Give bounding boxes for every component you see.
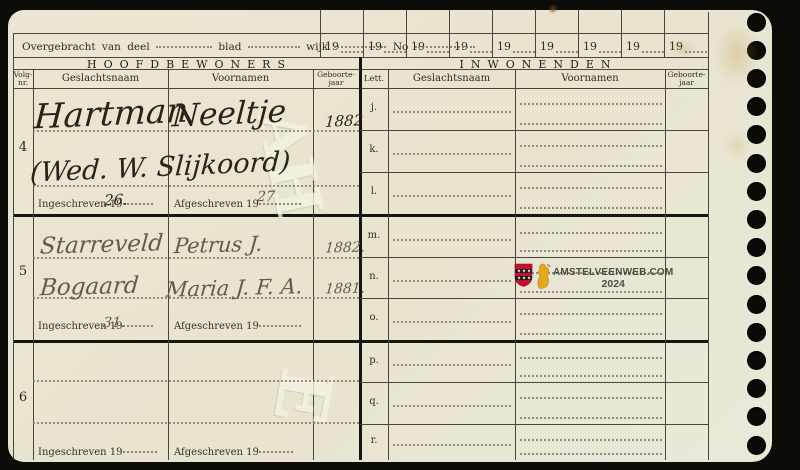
inwonenden-firstnames-line-1 [520,103,662,105]
top-strip-divider [363,10,364,33]
punch-hole [747,351,766,370]
register-card: 191919191919191919 j.k.l.m.n.o.p.q.r. Ov… [8,10,772,462]
year-cell: 19 [664,33,707,57]
inwonenden-surname-line [393,280,511,282]
top-strip-divider [320,10,321,33]
inwonenden-surname-line [393,153,511,155]
inwonenden-letter-label: k. [360,144,388,155]
rule-lett-divider [388,69,389,460]
watermark-text: AMSTELVEENWEB.COM 2024 [553,267,673,290]
ingeschreven-blank-row5 [123,325,153,327]
watermark-year-text: 2024 [602,278,625,290]
punch-hole [747,154,766,173]
inwonenden-firstnames-line-1 [520,357,662,359]
ingeschreven-row4: Ingeschreven 19 [38,199,153,210]
transfer-wijk-label: wijk [306,41,328,53]
year-cell-blank [513,51,535,53]
year-cell-label: 19 [540,40,554,53]
punch-hole [747,379,766,398]
punch-hole [747,436,766,455]
year-cell: 19 [578,33,621,57]
handwritten-firstnames-row4: Neeltje [171,93,287,134]
col-header-lett: Lett. [360,74,388,84]
year-cell-label: 19 [669,40,683,53]
inwonenden-surname-line [393,239,511,241]
inwonenden-surname-line [393,195,511,197]
punch-hole [747,266,766,285]
handwritten-firstnames-row5a: Petrus J. [173,232,263,258]
handwritten-ingeschreven-year-row4: 26. [103,190,128,209]
punch-hole [747,238,766,257]
inwonenden-row-separator [360,424,708,425]
afgeschreven-row5: Afgeschreven 19 [174,321,301,332]
top-strip-divider [621,10,622,33]
top-strip-divider [535,10,536,33]
handwritten-birthyear-row5b: 1881. [324,280,365,297]
top-strip-divider [664,10,665,33]
inwonenden-firstnames-line-1 [520,187,662,189]
inwonenden-firstnames-line-2 [520,207,662,209]
col-header-geboorte-line2-right: jaar [679,78,694,87]
punch-hole [747,69,766,88]
inwonenden-row-separator [360,382,708,383]
row6-writing-line-1 [33,380,359,382]
inwonenden-surname-line [393,364,511,366]
row6-writing-line-2 [33,422,359,424]
handwritten-birthyear-row4: 1882 [324,111,363,131]
transfer-wijk-blank [334,46,386,48]
year-cell: 19 [492,33,535,57]
inwonenden-row-separator [360,130,708,131]
ingeschreven-row6: Ingeschreven 19 [38,447,157,458]
lion-rampant-icon [535,263,551,289]
transfer-row: Overgebracht van deel blad wijk No [22,41,475,53]
col-header-volgnr: Volg- nr. [13,71,33,87]
punch-hole [747,407,766,426]
inwonenden-letter-label: p. [360,355,388,366]
inwonenden-firstnames-line-1 [520,439,662,441]
inwonenden-firstnames-line-1 [520,397,662,399]
handwritten-surname-row4: Hartman [33,91,190,138]
transfer-no-blank [415,46,475,48]
punch-hole [747,210,766,229]
inwonenden-letter-label: j. [360,102,388,113]
transfer-blad-label: blad [218,41,241,53]
col-header-geboorte-line2-left: jaar [329,78,344,87]
ingeschreven-row5: Ingeschreven 19 [38,321,153,332]
inwonenden-firstnames-line-2 [520,333,662,335]
ingeschreven-label-row6: Ingeschreven 19 [38,447,123,458]
afgeschreven-label-row5: Afgeschreven 19 [174,321,259,332]
year-cell-blank [642,51,664,53]
inwonenden-row-separator [360,257,708,258]
inwonenden-row-separator [360,298,708,299]
inwonenden-letter-label: l. [360,186,388,197]
handwritten-birthyear-row5a: 1882. [324,239,365,256]
year-cell-blank [556,51,578,53]
punch-hole [747,41,766,60]
handwritten-afgeschreven-year-row4: 27 [256,189,275,206]
punch-hole [747,182,766,201]
inwonenden-firstnames-line-2 [520,453,662,455]
transfer-deel-blank [156,46,212,48]
handwritten-surname-row5b: Bogaard [39,273,140,302]
year-cell: 19 [535,33,578,57]
inwonenden-firstnames-line-1 [520,145,662,147]
afgeschreven-blank-row5 [259,325,301,327]
watermark-site-text: AMSTELVEENWEB.COM [553,267,673,278]
inwonenden-firstnames-line-2 [520,375,662,377]
col-header-geboortejaar-left: Geboorte- jaar [313,71,359,87]
year-cell-label: 19 [497,40,511,53]
col-header-voornamen-right: Voornamen [515,73,665,84]
inwonenden-letter-label: q. [360,396,388,407]
afgeschreven-row6: Afgeschreven 19 [174,447,293,458]
embossed-letter: E [257,363,348,430]
inwonenden-firstnames-line-1 [520,313,662,315]
rule-right-border [708,12,709,460]
volgnr-label-6: 6 [13,390,33,405]
amstelveen-shield-icon [514,263,533,287]
year-cell-label: 19 [583,40,597,53]
top-strip-divider [449,10,450,33]
handwritten-surname-row5a: Starreveld [39,230,164,259]
year-cell-blank [685,51,707,53]
afgeschreven-blank-row6 [259,451,293,453]
punch-hole [747,13,766,32]
inwonenden-letter-label: r. [360,435,388,446]
punch-hole [747,323,766,342]
inwonenden-firstnames-line-2 [520,165,662,167]
inwonenden-surname-line [393,405,511,407]
transfer-no-label: No [393,41,409,53]
scanned-register-card-page: { "colors": { "paper": "#e9e5d2", "frame… [0,0,800,470]
punch-hole [747,125,766,144]
afgeschreven-label-row6: Afgeschreven 19 [174,447,259,458]
col-header-volgnr-line2: nr. [18,78,28,87]
top-strip-divider [492,10,493,33]
col-header-geboortejaar-right: Geboorte- jaar [665,71,708,87]
year-cell-label: 19 [626,40,640,53]
handwritten-firstnames-row5b: Maria J. F. A. [165,274,303,302]
col-header-geslachtsnaam-right: Geslachtsnaam [388,73,515,84]
inwonenden-firstnames-line-2 [520,417,662,419]
year-cell-blank [599,51,621,53]
section-title-hoofdbewoners: HOOFDBEWONERS [13,58,359,71]
year-cell: 19 [621,33,664,57]
inwonenden-firstnames-line-2 [520,123,662,125]
volgnr-label-4: 4 [13,140,33,155]
transfer-label: Overgebracht van deel [22,41,150,53]
inwonenden-firstnames-line-2 [520,250,662,252]
section-title-inwonenden: INWONENDEN [362,58,708,71]
col-header-voornamen-left: Voornamen [168,73,313,84]
punch-hole [747,295,766,314]
edge-speck [548,4,558,14]
transfer-blad-blank [248,46,300,48]
handwritten-ingeschreven-year-row5: 31. [102,315,126,332]
ingeschreven-blank-row6 [123,451,157,453]
inwonenden-firstnames-line-2 [520,291,662,293]
inwonenden-surname-line [393,321,511,323]
col-header-geslachtsnaam-left: Geslachtsnaam [33,73,168,84]
afgeschreven-row4: Afgeschreven 19 [174,199,301,210]
inwonenden-row-separator [360,172,708,173]
afgeschreven-label-row4: Afgeschreven 19 [174,199,259,210]
top-strip-divider [406,10,407,33]
rule-left-year-divider [313,69,314,460]
volgnr-label-5: 5 [13,264,33,279]
handwritten-widow-note-row4: (Wed. W. Slijkoord) [29,146,291,188]
inwonenden-firstnames-line-1 [520,232,662,234]
punch-hole [747,97,766,116]
inwonenden-surname-line [393,111,511,113]
top-strip-divider [578,10,579,33]
inwonenden-letter-label: o. [360,312,388,323]
amstelveenweb-watermark: AMSTELVEENWEB.COM 2024 [514,263,673,290]
inwonenden-surname-line [393,444,511,446]
